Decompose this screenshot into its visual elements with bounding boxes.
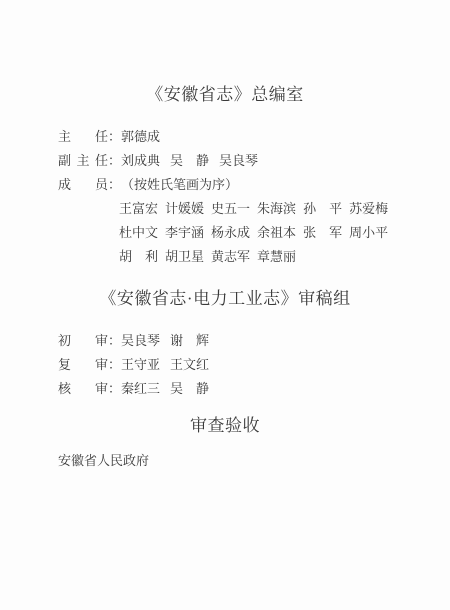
person-name: 张 军 (303, 221, 342, 245)
document-page: 《安徽省志》总编室 主任：郭德成 副主任：刘成典吴 静吴良琴 成员：（按姓氏笔画… (0, 0, 450, 610)
person-name: 孙 平 (303, 197, 342, 221)
approving-authority: 安徽省人民政府 (58, 452, 450, 470)
person-name: 杨永成 (211, 221, 250, 245)
section1-title: 《安徽省志》总编室 (0, 0, 450, 105)
person-name: 李宇涵 (165, 221, 204, 245)
person-name: 吴 静 (170, 153, 209, 168)
colon: ： (108, 377, 121, 401)
role-line-director: 主任：郭德成 (58, 125, 450, 149)
person-name: 吴良琴 (219, 153, 258, 168)
person-name: 吴良琴 (121, 333, 160, 348)
role-label-final-review: 核审 (58, 377, 108, 401)
person-name: 谢 辉 (170, 333, 209, 348)
person-name: 秦红三 (121, 381, 160, 396)
person-name: 胡卫星 (165, 245, 204, 269)
person-name: 计媛媛 (165, 197, 204, 221)
colon: ： (108, 149, 121, 173)
person-name: 余祖本 (257, 221, 296, 245)
person-name: 郭德成 (121, 129, 160, 144)
person-name: 黄志军 (211, 245, 250, 269)
person-name: 朱海滨 (257, 197, 296, 221)
colon: ： (108, 125, 121, 149)
person-name: 杜中文 (119, 221, 158, 245)
person-name: 胡 利 (119, 245, 158, 269)
role-line-deputy-directors: 副主任：刘成典吴 静吴良琴 (58, 149, 450, 173)
role-line-final-review: 核审：秦红三吴 静 (58, 377, 450, 401)
member-row: 胡 利胡卫星黄志军章慧丽 (119, 245, 450, 269)
section2-title: 《安徽省志·电力工业志》审稿组 (0, 289, 450, 309)
role-line-first-review: 初审：吴良琴谢 辉 (58, 329, 450, 353)
role-line-second-review: 复审：王守亚王文红 (58, 353, 450, 377)
section3-title: 审查验收 (0, 416, 450, 436)
members-sort-note: （按姓氏笔画为序） (121, 177, 238, 192)
person-name: 周小平 (349, 221, 388, 245)
role-label-first-review: 初审 (58, 329, 108, 353)
role-label-members: 成员 (58, 173, 108, 197)
person-name: 史五一 (211, 197, 250, 221)
person-name: 苏爱梅 (349, 197, 388, 221)
person-name: 章慧丽 (257, 245, 296, 269)
colon: ： (108, 329, 121, 353)
person-name: 王文红 (170, 357, 209, 372)
person-name: 王守亚 (121, 357, 160, 372)
role-label-second-review: 复审 (58, 353, 108, 377)
person-name: 吴 静 (170, 381, 209, 396)
person-name: 刘成典 (121, 153, 160, 168)
colon: ： (108, 353, 121, 377)
person-name: 王富宏 (119, 197, 158, 221)
role-label-deputy-director: 副主任 (58, 149, 108, 173)
member-row: 杜中文李宇涵杨永成余祖本张 军周小平 (119, 221, 450, 245)
colon: ： (108, 173, 121, 197)
member-row: 王富宏计媛媛史五一朱海滨孙 平苏爱梅 (119, 197, 450, 221)
role-label-director: 主任 (58, 125, 108, 149)
role-line-members: 成员：（按姓氏笔画为序） (58, 173, 450, 197)
